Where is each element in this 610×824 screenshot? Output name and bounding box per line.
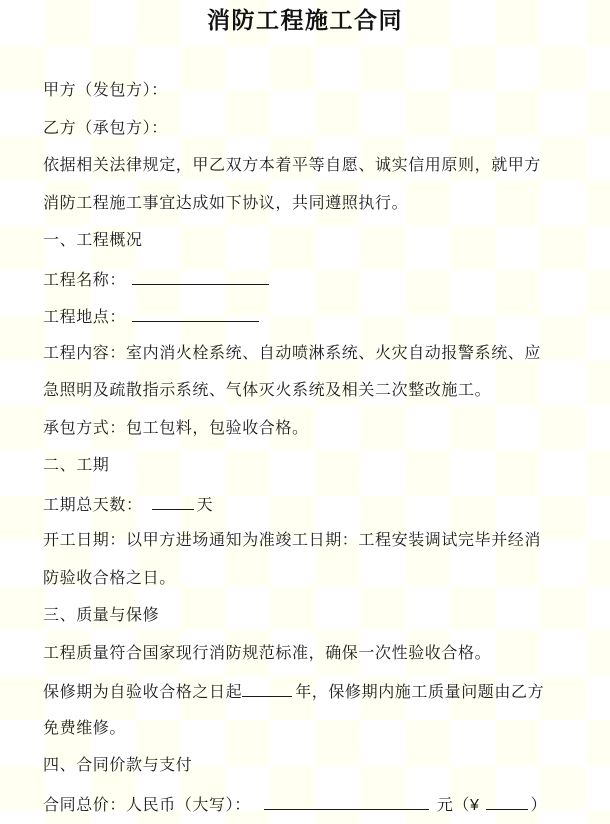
- warranty-suffix: 年，保修期内施工质量问题由乙方: [295, 684, 544, 701]
- preamble-text-1: 依据相关法律规定，甲乙双方本着平等自愿、诚实信用原则，就甲方: [43, 157, 541, 174]
- price-unit: 元（¥: [437, 797, 480, 814]
- warranty-prefix: 保修期为自验收合格之日起: [43, 684, 242, 701]
- section-1-heading: 一、工程概况: [43, 231, 580, 269]
- dates-line-2: 防验收合格之日。: [43, 569, 580, 607]
- section-3-heading-text: 三、质量与保修: [43, 607, 159, 624]
- party-a-line: 甲方（发包方）：: [43, 81, 580, 119]
- project-name-label: 工程名称：: [43, 272, 126, 289]
- project-name-blank: [132, 269, 269, 285]
- preamble-line-1: 依据相关法律规定，甲乙双方本着平等自愿、诚实信用原则，就甲方: [43, 156, 580, 194]
- party-a-label: 甲方（发包方）：: [43, 82, 168, 99]
- duration-blank: [152, 494, 194, 510]
- project-content-line-2: 急照明及疏散指示系统、气体灭火系统及相关二次整改施工。: [43, 381, 580, 419]
- price-figures-blank: [486, 794, 528, 810]
- section-1-heading-text: 一、工程概况: [43, 232, 143, 249]
- contracting-mode-line: 承包方式：包工包料，包验收合格。: [43, 419, 580, 457]
- warranty-years-blank: [242, 681, 292, 697]
- dates-line-1: 开工日期：以甲方进场通知为准竣工日期：工程安装调试完毕并经消: [43, 531, 580, 569]
- project-location-blank: [132, 306, 259, 322]
- duration-label: 工期总天数：: [43, 497, 143, 514]
- section-2-heading: 二、工期: [43, 456, 580, 494]
- quality-text: 工程质量符合国家现行消防规范标准，确保一次性验收合格。: [43, 645, 491, 662]
- dates-text-2: 防验收合格之日。: [43, 570, 176, 587]
- warranty-line-2: 免费维修。: [43, 719, 580, 757]
- section-4-heading: 四、合同价款与支付: [43, 756, 580, 794]
- section-4-heading-text: 四、合同价款与支付: [43, 757, 192, 774]
- party-b-label: 乙方（承包方）：: [43, 120, 168, 137]
- project-name-line: 工程名称：: [43, 269, 580, 307]
- contracting-mode-text: 承包方式：包工包料，包验收合格。: [43, 420, 309, 437]
- quality-line: 工程质量符合国家现行消防规范标准，确保一次性验收合格。: [43, 644, 580, 682]
- dates-text-1: 开工日期：以甲方进场通知为准竣工日期：工程安装调试完毕并经消: [43, 532, 541, 549]
- project-location-label: 工程地点：: [43, 309, 126, 326]
- duration-line: 工期总天数：天: [43, 494, 580, 532]
- warranty-text-2: 免费维修。: [43, 720, 126, 737]
- project-content-text-2: 急照明及疏散指示系统、气体灭火系统及相关二次整改施工。: [43, 382, 491, 399]
- document-body: 甲方（发包方）： 乙方（承包方）： 依据相关法律规定，甲乙双方本着平等自愿、诚实…: [0, 81, 610, 824]
- document-title: 消防工程施工合同: [0, 0, 610, 34]
- duration-unit: 天: [197, 497, 214, 514]
- section-3-heading: 三、质量与保修: [43, 606, 580, 644]
- preamble-line-2: 消防工程施工事宜达成如下协议，共同遵照执行。: [43, 194, 580, 232]
- project-content-text-1: 工程内容：室内消火栓系统、自动喷淋系统、火灾自动报警系统、应: [43, 345, 541, 362]
- contract-document: 消防工程施工合同 甲方（发包方）： 乙方（承包方）： 依据相关法律规定，甲乙双方…: [0, 0, 610, 824]
- project-location-line: 工程地点：: [43, 306, 580, 344]
- total-price-line: 合同总价：人民币（大写）：元（¥）: [43, 794, 580, 824]
- price-words-blank: [264, 794, 429, 810]
- price-paren-close: ）: [531, 797, 548, 814]
- total-price-label: 合同总价：人民币（大写）：: [43, 797, 251, 814]
- preamble-text-2: 消防工程施工事宜达成如下协议，共同遵照执行。: [43, 195, 408, 212]
- party-b-line: 乙方（承包方）：: [43, 119, 580, 157]
- project-content-line-1: 工程内容：室内消火栓系统、自动喷淋系统、火灾自动报警系统、应: [43, 344, 580, 382]
- section-2-heading-text: 二、工期: [43, 457, 109, 474]
- warranty-line-1: 保修期为自验收合格之日起年，保修期内施工质量问题由乙方: [43, 681, 580, 719]
